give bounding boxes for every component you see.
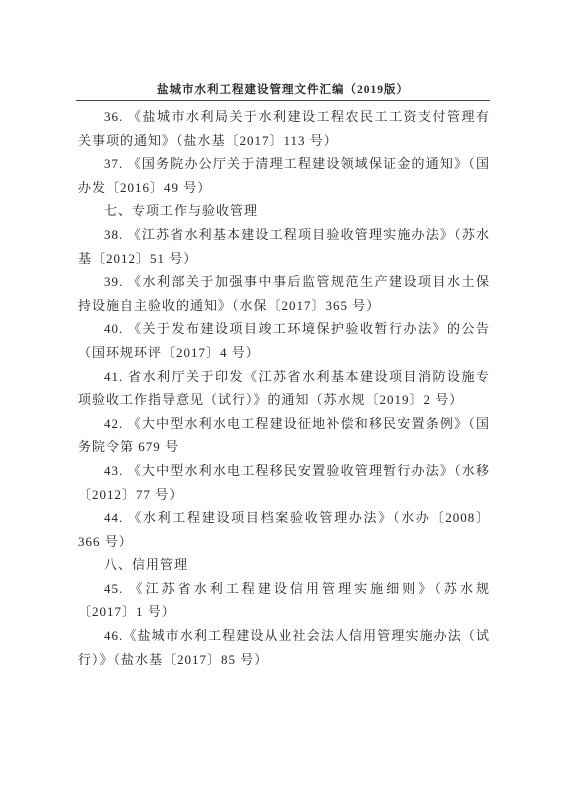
list-item: 37. 《国务院办公厅关于清理工程建设领域保证金的通知》（国办发〔2016〕49…	[78, 152, 490, 199]
list-item: 36. 《盐城市水利局关于水利建设工程农民工工资支付管理有关事项的通知》（盐水基…	[78, 105, 490, 152]
list-item: 38. 《江苏省水利基本建设工程项目验收管理实施办法》（苏水基〔2012〕51 …	[78, 223, 490, 270]
section-heading: 七、专项工作与验收管理	[78, 199, 490, 223]
document-page: 盐城市水利工程建设管理文件汇编（2019版） 36. 《盐城市水利局关于水利建设…	[0, 0, 566, 800]
list-item: 46.《盐城市水利工程建设从业社会法人信用管理实施办法（试行）》（盐水基〔201…	[78, 624, 490, 671]
list-item: 39. 《水利部关于加强事中事后监管规范生产建设项目水土保持设施自主验收的通知》…	[78, 270, 490, 317]
document-body: 36. 《盐城市水利局关于水利建设工程农民工工资支付管理有关事项的通知》（盐水基…	[78, 105, 490, 671]
list-item: 45. 《江苏省水利工程建设信用管理实施细则》（苏水规〔2017〕1 号）	[78, 577, 490, 624]
list-item: 44. 《水利工程建设项目档案验收管理办法》（水办〔2008〕366 号）	[78, 506, 490, 553]
list-item: 43. 《大中型水利水电工程移民安置验收管理暂行办法》（水移〔2012〕77 号…	[78, 459, 490, 506]
list-item: 40. 《关于发布建设项目竣工环境保护验收暂行办法》的公告（国环规环评〔2017…	[78, 317, 490, 364]
list-item: 41. 省水利厅关于印发《江苏省水利基本建设项目消防设施专项验收工作指导意见（试…	[78, 365, 490, 412]
page-header-title: 盐城市水利工程建设管理文件汇编（2019版）	[0, 81, 566, 97]
list-item: 42. 《大中型水利水电工程建设征地补偿和移民安置条例》（国务院令第 679 号	[78, 412, 490, 459]
header-divider	[76, 100, 490, 101]
section-heading: 八、信用管理	[78, 553, 490, 577]
